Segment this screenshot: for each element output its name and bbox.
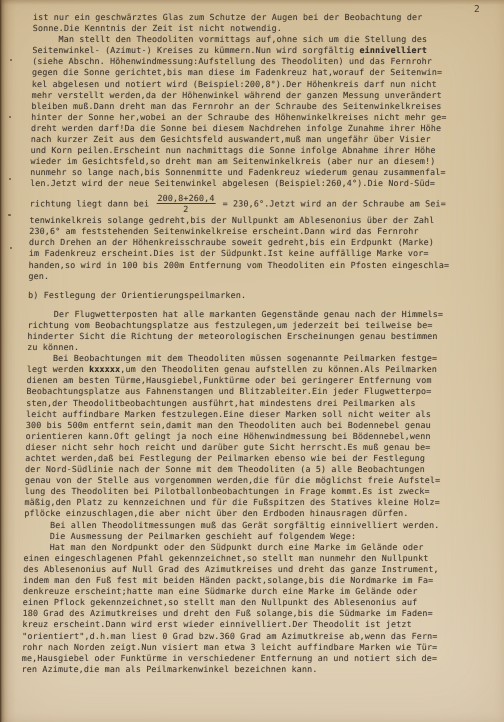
text-line: leicht auffindbare Marken festzulegen.Ei…: [26, 409, 472, 420]
section-heading: b) Festlegung der Orientierungspeilmarke…: [28, 290, 474, 301]
text-line: mäßig,den Platz zu kennzeichnen und für …: [24, 497, 470, 508]
text-line: 300 bis 500m entfernt sein,damit man den…: [26, 420, 472, 431]
text-line: Sonne.Die Kenntnis der Zeit ist nicht no…: [33, 23, 479, 34]
page-left-edge-shadow: [0, 0, 16, 722]
ink-speck: [9, 178, 11, 180]
document-page: 2 ist nur ein geschwärztes Glas zum Schu…: [0, 0, 504, 722]
text-line: Die Ausmessung der Peilmarken geschieht …: [24, 531, 470, 542]
text-line: ist nur ein geschwärztes Glas zum Schutz…: [33, 12, 479, 23]
text-line: dreht werden darf!Da die Sonne bei diese…: [31, 123, 477, 134]
text-line: len.Jetzt wird der neue Seitenwinkel abg…: [30, 178, 476, 189]
text-line: kreuz erscheint.Dann wird erst wieder ei…: [22, 619, 468, 630]
fraction-numerator: 200,8+260,4: [156, 194, 215, 205]
text-line: sten,der Theodolitbeobachtungen ausführt…: [26, 398, 472, 409]
text-line: indem man den Fuß fest mit beiden Händen…: [23, 575, 469, 586]
ink-speck: [10, 59, 12, 61]
text-line: Seitenwinkel- (Azimut-) Kreises zu kümme…: [32, 45, 478, 56]
text-line: nach kurzer Zeit aus dem Gesichtsfeld au…: [31, 134, 477, 145]
text-line: kel abgelesen und notiert wird (Beispiel…: [32, 79, 478, 90]
text-line: lung des Theodoliten bei Pilotballonbeob…: [25, 486, 471, 497]
text-line: tenwinkelkreis solange gedreht,bis der N…: [29, 215, 475, 226]
text-line: Bei Beobachtungen mit dem Theodoliten mü…: [27, 353, 473, 364]
text-line: achtet werden,daß bei Festlegung der Pei…: [25, 453, 471, 464]
text-line: Der Flugwetterposten hat alle markanten …: [28, 309, 474, 320]
text-line: denkreuze erscheint;hatte man eine Südma…: [23, 586, 469, 597]
text-line: legt werden kxxxxx,um den Theodoliten ge…: [27, 364, 473, 375]
text-line: ren Azimute,die man als Peilmarkenwinkel…: [21, 664, 467, 675]
text-line: nunmehr so lange nach,bis Sonnenmitte un…: [30, 167, 476, 178]
text-line: 230,6° am feststehenden Seitenwinkelkrei…: [29, 226, 475, 237]
fraction-denominator: 2: [156, 204, 215, 214]
text-line: durch Drehen an der Höhenkreisschraube s…: [29, 237, 475, 248]
text-line: me,Hausgiebel oder Funktürme in verschie…: [22, 653, 468, 664]
ink-speck: [10, 247, 12, 249]
text-line: pflöcke einzuschlagen,die aber nicht übe…: [24, 508, 470, 519]
text-line: rohr nach Norden zeigt.Nun visiert man e…: [22, 642, 468, 653]
text-line: mehr verstellt werden,da der Höhenwinkel…: [31, 90, 477, 101]
ink-speck: [8, 214, 11, 216]
text-line: Man stellt den Theodoliten vormittags au…: [32, 34, 478, 45]
text-line: gegen die Sonne gerichtet,bis man diese …: [32, 67, 478, 78]
text-line: "orientiert",d.h.man liest 0 Grad bzw.36…: [22, 631, 468, 642]
text-line: dieser nicht sehr hoch reicht und darübe…: [25, 442, 471, 453]
text-line: im Fadenkreuz erscheint.Dies ist der Süd…: [29, 248, 475, 259]
document-text: ist nur ein geschwärztes Glas zum Schutz…: [21, 12, 479, 675]
text-line: 180 Grad des Azimutkreises und dreht den…: [22, 608, 468, 619]
text-line: richtung vom Beobachtungsplatze aus fest…: [27, 320, 473, 331]
text-line: gen.: [28, 271, 474, 282]
text-line: dienen am besten Türme,Hausgiebel,Funktü…: [26, 375, 472, 386]
text-line: Beobachtungsplatze aus Fahnenstangen und…: [26, 386, 472, 397]
text-line: genau von der Stelle aus vorgenommen wer…: [25, 475, 471, 486]
text-line: handen,so wird in 100 bis 200m Entfernun…: [28, 260, 474, 271]
text-line: (siehe Abschn. Höhenwindmessung:Aufstell…: [32, 56, 478, 67]
text-line: zu können.: [27, 342, 473, 353]
text-line: hinderter Sicht die Richtung der meteoro…: [27, 331, 473, 342]
text-line: orientieren kann.Oft gelingt ja noch ein…: [25, 431, 471, 442]
formula-line: richtung liegt dann bei 200,8+260,42 = 2…: [29, 194, 475, 215]
text-line: und Korn peilen.Erscheint nun nachmittag…: [30, 145, 476, 156]
ink-speck: [9, 116, 11, 118]
fraction: 200,8+260,42: [156, 194, 215, 215]
text-line: hinter der Sonne her,wobei an der Schrau…: [31, 112, 477, 123]
text-line: bleiben muß.Dann dreht man das Fernrohr …: [31, 101, 477, 112]
text-line: einen eingeschlagenen Pfahl gekennzeichn…: [23, 553, 469, 564]
text-line: wieder im Gesichtsfeld,so dreht man am S…: [30, 156, 476, 167]
text-line: einen Pflock gekennzeichnet,so stellt ma…: [23, 597, 469, 608]
page-top-edge-shadow: [0, 0, 504, 5]
text-line: Bei allen Theodolitmessungen muß das Ger…: [24, 520, 470, 531]
text-line: Hat man den Nordpunkt oder den Südpunkt …: [24, 542, 470, 553]
text-line: der Nord-Südlinie nach der Sonne mit dem…: [25, 464, 471, 475]
text-line: des Ablesenonius auf Null Grad des Azimu…: [23, 564, 469, 575]
